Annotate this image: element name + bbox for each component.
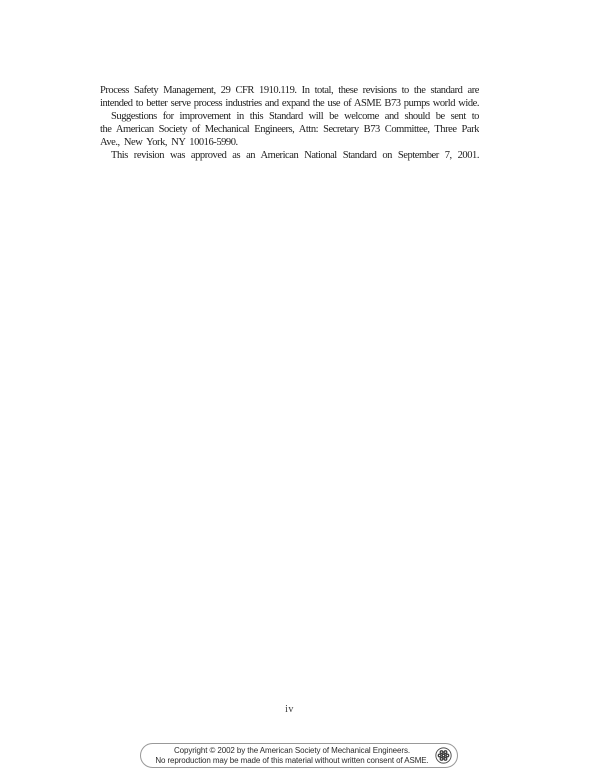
paragraph-line: the American Society of Mechanical Engin… bbox=[100, 123, 479, 136]
page-number: iv bbox=[100, 704, 479, 715]
paragraph-line: Ave., New York, NY 10016-5990. bbox=[100, 136, 479, 149]
copyright-text: Copyright © 2002 by the American Society… bbox=[141, 746, 435, 765]
document-page: Process Safety Management, 29 CFR 1910.1… bbox=[0, 0, 600, 776]
asme-logo-icon bbox=[435, 747, 452, 764]
copyright-line-2: No reproduction may be made of this mate… bbox=[149, 756, 435, 766]
body-text-block: Process Safety Management, 29 CFR 1910.1… bbox=[100, 84, 479, 162]
paragraph-line: Process Safety Management, 29 CFR 1910.1… bbox=[100, 84, 479, 97]
copyright-line-1: Copyright © 2002 by the American Society… bbox=[149, 746, 435, 756]
copyright-box: Copyright © 2002 by the American Society… bbox=[140, 743, 458, 768]
paragraph-line: intended to better serve process industr… bbox=[100, 97, 479, 110]
paragraph-line: This revision was approved as an America… bbox=[100, 149, 479, 162]
paragraph-line: Suggestions for improvement in this Stan… bbox=[100, 110, 479, 123]
